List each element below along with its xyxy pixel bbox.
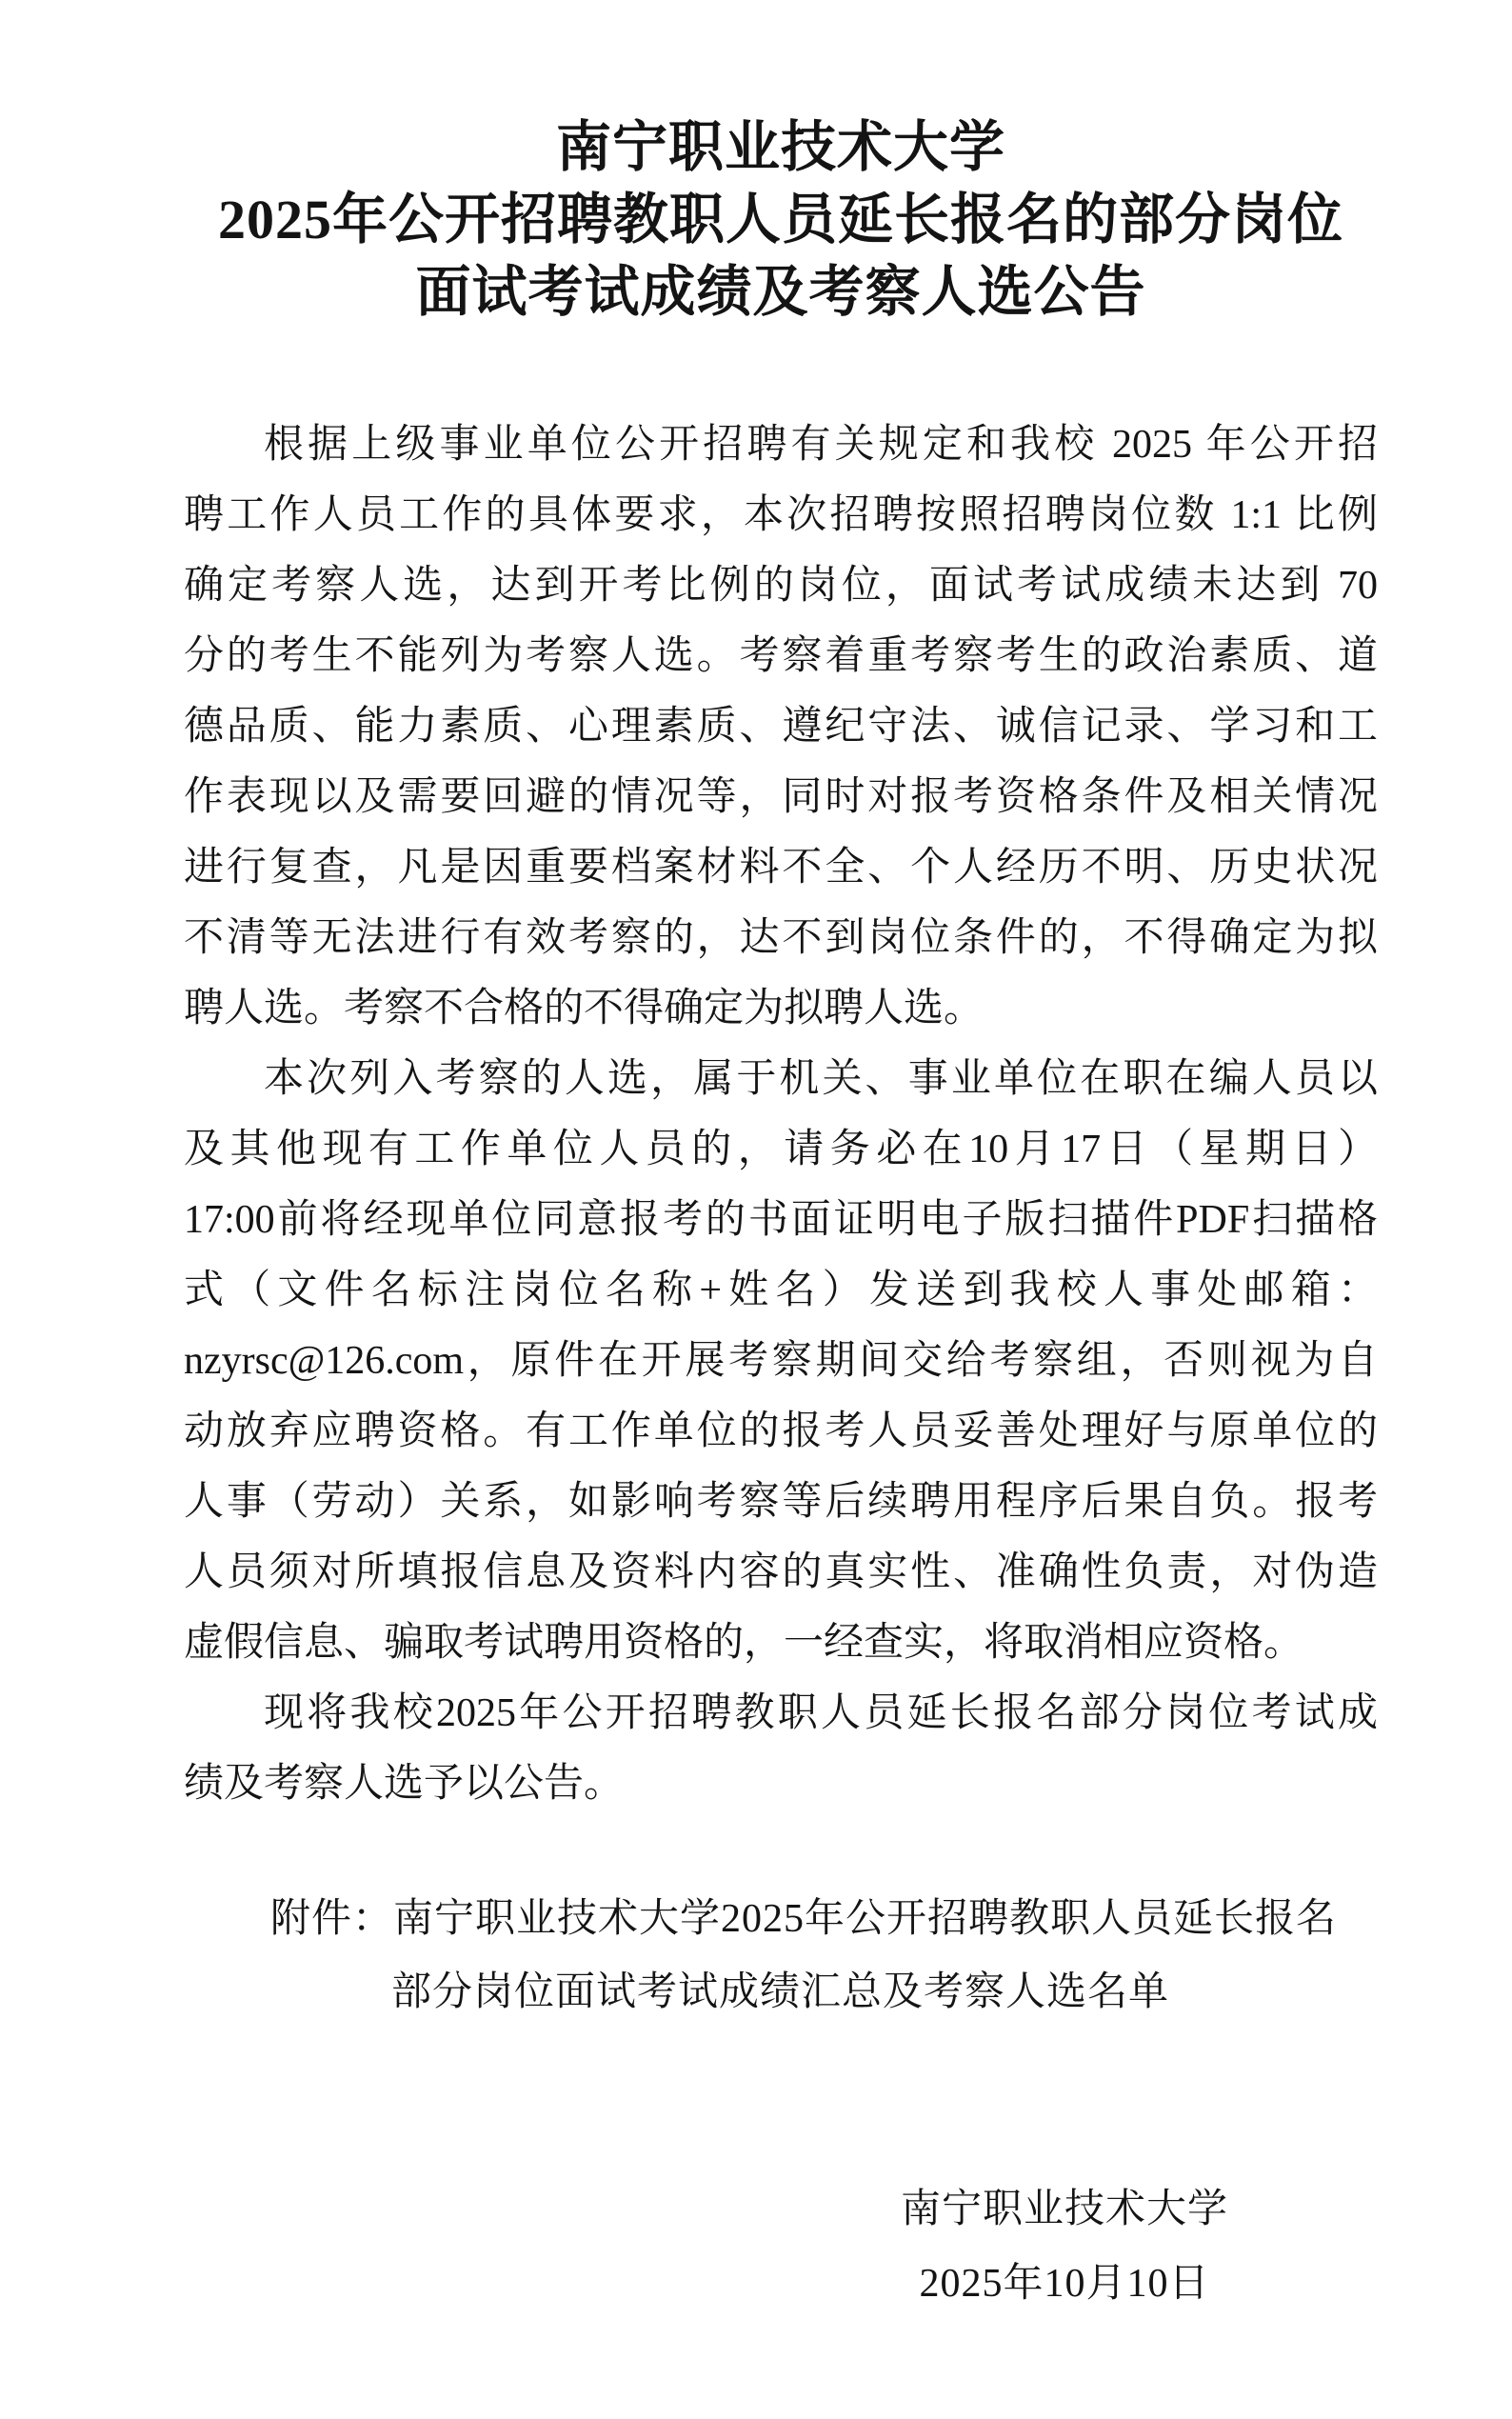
body-line: 根据上级事业单位公开招聘有关规定和我校 2025 年公开招 [184, 410, 1378, 480]
title-line-3: 面试考试成绩及考察人选公告 [184, 256, 1378, 329]
body-line: 本次列入考察的人选，属于机关、事业单位在职在编人员以 [184, 1044, 1378, 1114]
body-line: 聘工作人员工作的具体要求，本次招聘按照招聘岗位数 1:1 比例 [184, 480, 1378, 550]
paragraph-1: 根据上级事业单位公开招聘有关规定和我校 2025 年公开招 聘工作人员工作的具体… [184, 410, 1378, 1044]
document-content: 南宁职业技术大学 2025年公开招聘教职人员延长报名的部分岗位 面试考试成绩及考… [184, 0, 1378, 2321]
body-line: 德品质、能力素质、心理素质、遵纪守法、诚信记录、学习和工 [184, 691, 1378, 762]
body-line: 动放弃应聘资格。有工作单位的报考人员妥善处理好与原单位的 [184, 1396, 1378, 1467]
document-title: 南宁职业技术大学 2025年公开招聘教职人员延长报名的部分岗位 面试考试成绩及考… [184, 0, 1378, 329]
paragraph-2: 本次列入考察的人选，属于机关、事业单位在职在编人员以 及其他现有工作单位人员的，… [184, 1044, 1378, 1678]
body-line: 绩及考察人选予以公告。 [184, 1749, 1378, 1819]
paragraph-3: 现将我校2025年公开招聘教职人员延长报名部分岗位考试成 绩及考察人选予以公告。 [184, 1678, 1378, 1819]
title-line-2: 2025年公开招聘教职人员延长报名的部分岗位 [184, 184, 1378, 256]
body-line: 进行复查，凡是因重要档案材料不全、个人经历不明、历史状况 [184, 832, 1378, 903]
title-line-1: 南宁职业技术大学 [184, 111, 1378, 184]
document-page: 南宁职业技术大学 2025年公开招聘教职人员延长报名的部分岗位 面试考试成绩及考… [0, 0, 1512, 2419]
body-line: 人员须对所填报信息及资料内容的真实性、准确性负责，对伪造 [184, 1537, 1378, 1608]
body-line: 及其他现有工作单位人员的，请务必在10月17日（星期日） [184, 1114, 1378, 1185]
body-line: 聘人选。考察不合格的不得确定为拟聘人选。 [184, 973, 1378, 1044]
body-line: 人事（劳动）关系，如影响考察等后续聘用程序后果自负。报考 [184, 1467, 1378, 1537]
body-line: 虚假信息、骗取考试聘用资格的，一经查实，将取消相应资格。 [184, 1608, 1378, 1678]
signature-org: 南宁职业技术大学 [901, 2172, 1228, 2247]
body-line: 分的考生不能列为考察人选。考察着重考察考生的政治素质、道 [184, 621, 1378, 691]
signature-date: 2025年10月10日 [901, 2247, 1228, 2321]
body-line: 式（文件名标注岗位名称+姓名）发送到我校人事处邮箱： [184, 1255, 1378, 1326]
body-line: nzyrsc@126.com，原件在开展考察期间交给考察组，否则视为自 [184, 1326, 1378, 1396]
body-line: 确定考察人选，达到开考比例的岗位，面试考试成绩未达到 70 [184, 550, 1378, 621]
body-line: 不清等无法进行有效考察的，达不到岗位条件的，不得确定为拟 [184, 903, 1378, 973]
body-line: 现将我校2025年公开招聘教职人员延长报名部分岗位考试成 [184, 1678, 1378, 1749]
attachment-line-1: 附件：南宁职业技术大学2025年公开招聘教职人员延长报名 [184, 1883, 1378, 1956]
body-line: 17:00前将经现单位同意报考的书面证明电子版扫描件PDF扫描格 [184, 1185, 1378, 1255]
attachment-line-2: 部分岗位面试考试成绩汇总及考察人选名单 [184, 1956, 1378, 2029]
attachment-note: 附件：南宁职业技术大学2025年公开招聘教职人员延长报名 部分岗位面试考试成绩汇… [184, 1883, 1378, 2029]
body-line: 作表现以及需要回避的情况等，同时对报考资格条件及相关情况 [184, 762, 1378, 832]
document-body: 根据上级事业单位公开招聘有关规定和我校 2025 年公开招 聘工作人员工作的具体… [184, 410, 1378, 1819]
signature-block: 南宁职业技术大学 2025年10月10日 [901, 2172, 1228, 2321]
